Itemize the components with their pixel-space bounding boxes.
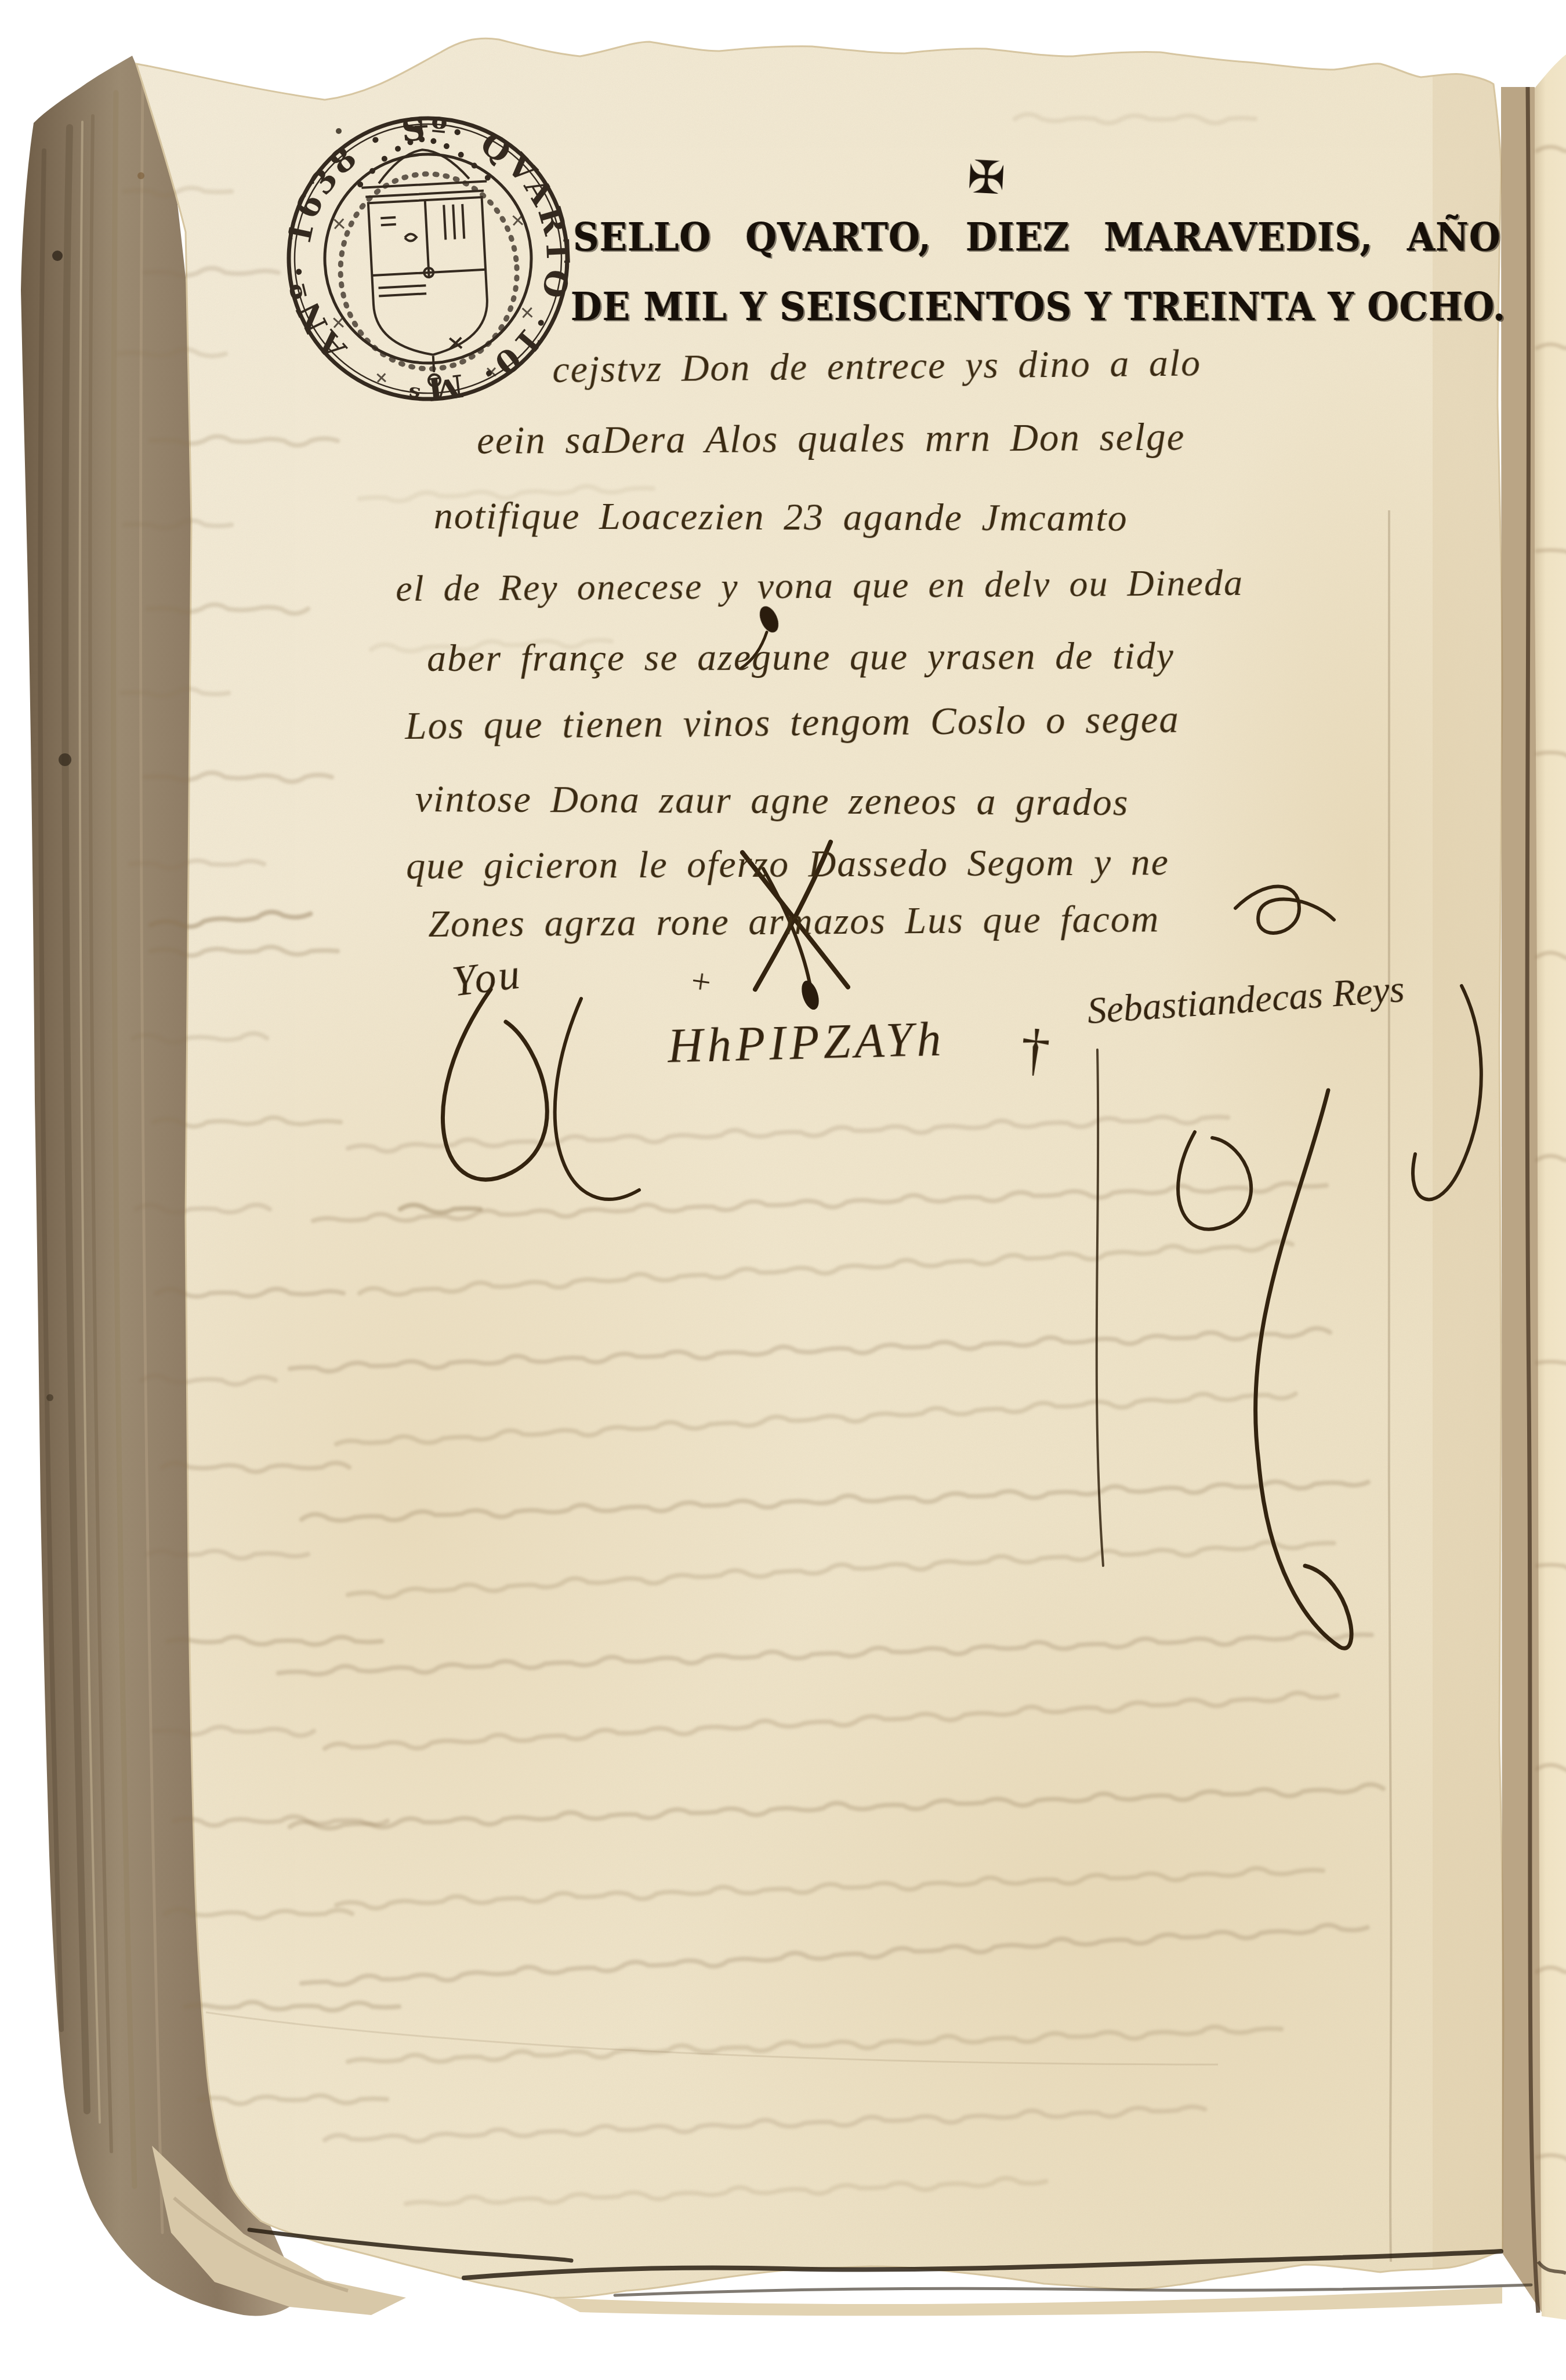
manuscript-line: aber françe se azegune que yrasen de tid… — [427, 634, 1174, 681]
printed-stamp-line-1: SELLO QVARTO, DIEZ MARAVEDIS, AÑO — [573, 213, 1501, 260]
manuscript-line: notifique Loacezien 23 agande Jmcamto — [434, 494, 1128, 540]
printed-stamp-line-2: DE MIL Y SEISCIENTOS Y TREINTA Y OCHO. — [571, 283, 1499, 329]
manuscript-line: eein saDera Alos quales mrn Don selge — [477, 415, 1186, 463]
signature-left-rubric: You — [449, 949, 525, 1007]
cross-mark: † — [1018, 1015, 1053, 1084]
manuscript-scan: ANº· 1638 · Sº· QVARTO ·10· Mˢ — [0, 0, 1566, 2380]
manuscript-line: el de Rey onecese y vona que en delv ou … — [396, 561, 1244, 610]
signature-center: HhPIPZAYh — [667, 1011, 946, 1074]
maltese-cross-icon: ✠ — [966, 151, 1007, 205]
manuscript-line: cejstvz Don de entrece ys dino a alo — [552, 341, 1202, 392]
manuscript-line: Zones agrza rone armazos Lus que facom — [428, 897, 1160, 946]
manuscript-line: Los que tienen vinos tengom Coslo o sege… — [405, 697, 1180, 749]
manuscript-line: vintose Dona zaur agne zeneos a grados — [415, 777, 1129, 825]
manuscript-line: que gicieron le oferzo Dassedo Segom y n… — [406, 840, 1169, 888]
